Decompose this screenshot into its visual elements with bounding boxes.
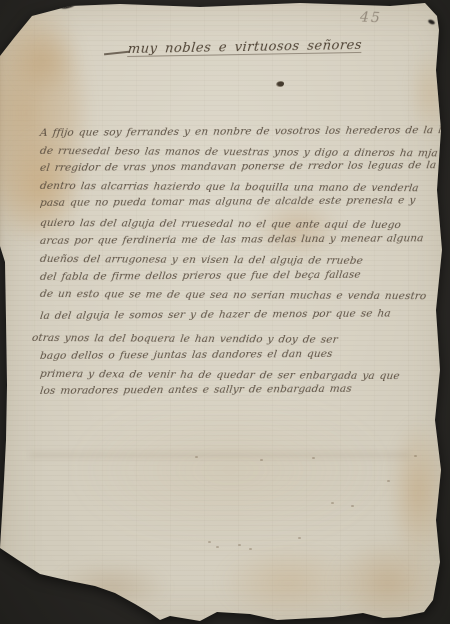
manuscript-line: primera y dexa de venir ha de quedar de … <box>39 368 400 382</box>
bleed-speck <box>195 456 198 458</box>
manuscript-line: del fabla de firme dellos prieros que fu… <box>39 269 361 283</box>
bleed-speck <box>238 544 241 546</box>
bleed-speck <box>414 455 417 457</box>
bleed-speck <box>298 537 301 539</box>
manuscript-line: quiero las del alguja del rruesedal no e… <box>39 217 402 231</box>
manuscript-line: arcas por que ferdineria me de las mas d… <box>39 232 424 247</box>
manuscript-line: dueños del arrugonesa y en visen la del … <box>39 253 363 267</box>
bleed-speck <box>387 480 390 482</box>
manuscript-page-wrapper: 45 muy nobles e virtuosos señores A ffij… <box>0 0 450 624</box>
backdrop: 45 muy nobles e virtuosos señores A ffij… <box>0 0 450 624</box>
manuscript-line: A ffijo que soy ferrandes y en nonbre de… <box>39 124 450 139</box>
bleed-speck <box>249 548 252 550</box>
bleed-speck <box>260 459 263 461</box>
bleed-speck <box>351 505 354 507</box>
manuscript-line: de un esto que se me de que sea no seria… <box>39 288 427 302</box>
manuscript-line: el rregidor de vras ynos mandavan poners… <box>39 159 437 174</box>
manuscript-line: bago dellos o fuese juntas las dandores … <box>39 348 333 362</box>
manuscript-line: otras ynos la del boquera le han vendido… <box>31 332 338 346</box>
bleed-speck <box>216 546 219 548</box>
bleed-speck <box>312 457 315 459</box>
manuscript-line: de rruesedal beso las manos de vuestras … <box>39 145 438 159</box>
bleed-speck <box>331 502 334 504</box>
letter-body: A ffijo que soy ferrandes y en nonbre de… <box>0 0 450 624</box>
manuscript-line: pasa que no pueda tomar mas alguna de al… <box>39 194 416 209</box>
manuscript-line: los moradores pueden antes e sallyr de e… <box>39 383 352 397</box>
bleed-speck <box>208 541 211 543</box>
manuscript-line: dentro las alcarrias hazierdo que la boq… <box>39 180 419 194</box>
manuscript-page: 45 muy nobles e virtuosos señores A ffij… <box>0 0 450 624</box>
manuscript-line: la del alguja le somos ser y de hazer de… <box>39 308 391 322</box>
